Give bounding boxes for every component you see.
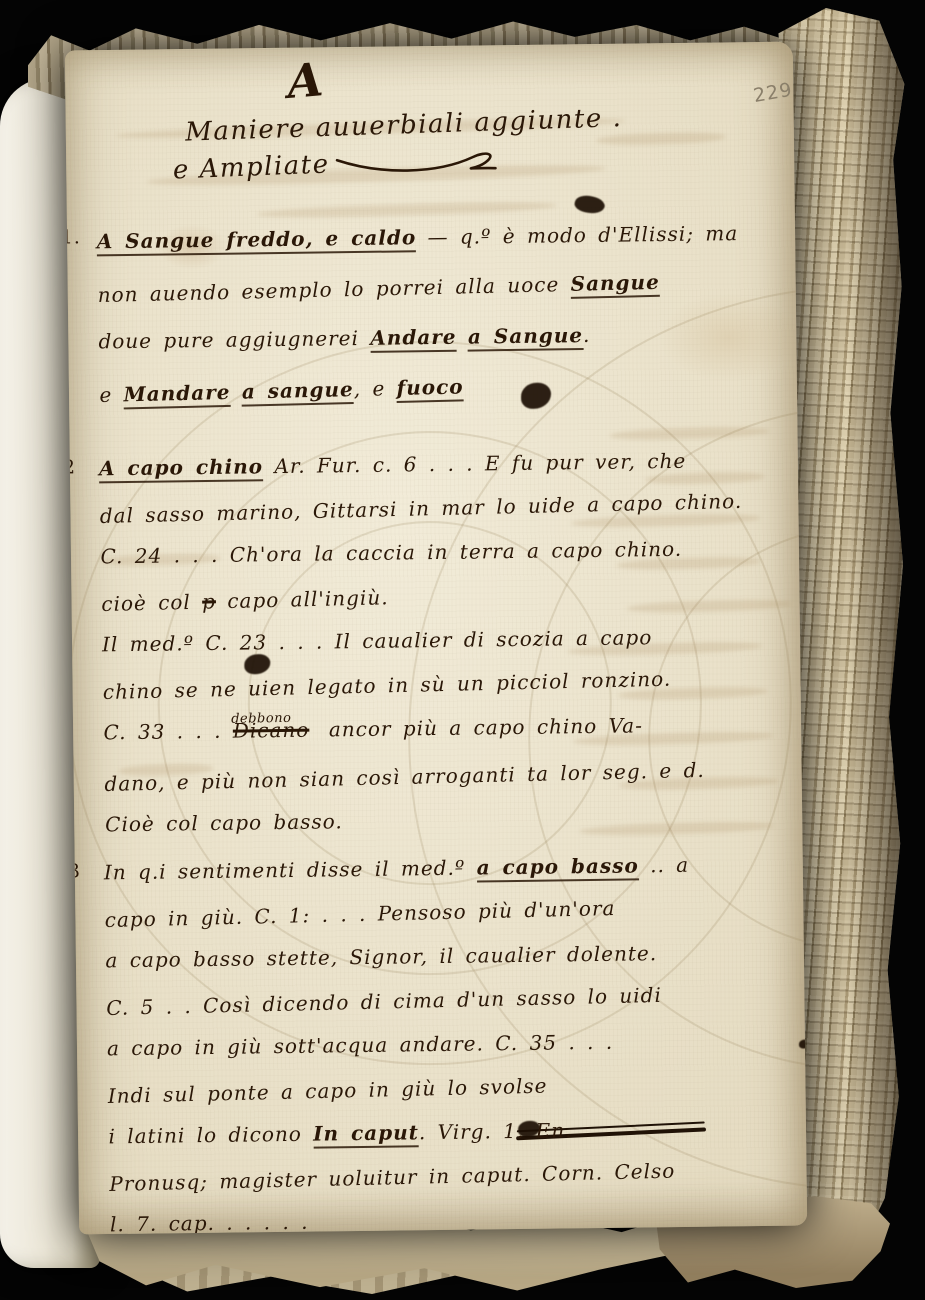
title-line-2: e Ampliate	[124, 141, 555, 188]
text-segment: C. 5 . . Così dicendo di cima d'un sasso…	[106, 983, 662, 1020]
pen-flourish	[335, 144, 506, 181]
text-segment: Sangue	[570, 270, 660, 299]
text-segment: Mandare	[123, 380, 230, 410]
title-line-2-text: e Ampliate	[172, 150, 330, 186]
archival-page-number: 229	[752, 79, 794, 107]
text-segment: — q.º è modo d'Ellissi; ma	[416, 221, 738, 249]
text-segment: fuoco	[396, 374, 464, 403]
text-segment: C. 33 . . .	[103, 719, 233, 745]
text-segment: In caput	[313, 1120, 419, 1148]
photo-background: 1 229 A Maniere auuerbiali aggiunte . e …	[0, 0, 925, 1300]
text-segment: dano, e più non sian così arroganti ta l…	[104, 758, 705, 796]
text-segment: capo in giù. C. 1: . . . Pensoso più d'u…	[104, 896, 615, 932]
text-segment: In q.i sentimenti disse il med.º	[104, 856, 477, 885]
text-segment: i latini lo dicono	[108, 1122, 313, 1149]
entry-number: 1.	[65, 226, 81, 248]
text-segment: Il med.º C. 23 . . . Il caualier di scoz…	[102, 625, 653, 656]
text-segment: capo all'ingiù.	[216, 585, 389, 613]
text-segment: Indi sul ponte a capo in giù lo svolse	[108, 1074, 548, 1108]
text-segment: . Virg. 1. En.	[419, 1118, 573, 1144]
text-segment: l. 7. cap. . . . . .	[110, 1210, 309, 1235]
text-segment: e	[99, 382, 124, 407]
text-segment: a capo basso stette, Signor, il caualier…	[105, 941, 657, 972]
text-segment	[456, 325, 468, 349]
text-segment: A Sangue freddo, e caldo	[97, 225, 417, 256]
entry: 1.A Sangue freddo, e caldo — q.º è modo …	[96, 206, 789, 418]
text-segment: Pronusq; magister uoluitur in caput. Cor…	[109, 1159, 676, 1196]
text-segment: cioè col	[101, 590, 202, 616]
section-letter: A	[285, 52, 325, 109]
text-segment: a capo in giù sott'acqua andare. C. 35 .…	[107, 1030, 613, 1061]
entry: 3In q.i sentimenti disse il med.º a capo…	[104, 840, 801, 1235]
text-segment: a capo basso	[476, 853, 638, 882]
text-segment: Cioè col capo basso.	[105, 809, 343, 836]
text-segment: doue pure aggiugnerei	[98, 326, 370, 354]
entry: 2A capo chino Ar. Fur. c. 6 . . . E fu p…	[99, 436, 796, 848]
text-segment: Andare	[370, 325, 457, 353]
text-segment: p	[202, 589, 216, 613]
text-segment: a Sangue	[468, 323, 583, 352]
manuscript-line: Cioè col capo basso.	[105, 793, 796, 846]
text-segment: Ar. Fur. c. 6 . . . E fu pur ver, che	[263, 449, 686, 479]
text-segment: ancor più a capo chino Va-	[317, 713, 643, 741]
text-segment: a sangue	[242, 377, 355, 407]
text-segment: , e	[353, 376, 396, 401]
text-segment: non auendo esemplo lo porrei alla uoce	[97, 272, 570, 307]
text-segment: debbono	[231, 711, 291, 727]
text-segment: dal sasso marino, Gittarsi in mar lo uid…	[100, 489, 743, 528]
title-line-1: Maniere auuerbiali aggiunte .	[123, 101, 684, 150]
title-block: Maniere auuerbiali aggiunte . e Ampliate	[124, 107, 685, 183]
text-segment: .	[583, 323, 591, 347]
text-segment: C. 24 . . . Ch'ora la caccia in terra a …	[100, 537, 682, 569]
text-segment: .. a	[639, 853, 690, 878]
text-segment: chino se ne uien legato in sù un picciol…	[103, 667, 672, 704]
manuscript-page: 1 229 A Maniere auuerbiali aggiunte . e …	[65, 42, 807, 1235]
text-segment: A capo chino	[99, 454, 263, 483]
entries-container: 1.A Sangue freddo, e caldo — q.º è modo …	[97, 208, 800, 1235]
